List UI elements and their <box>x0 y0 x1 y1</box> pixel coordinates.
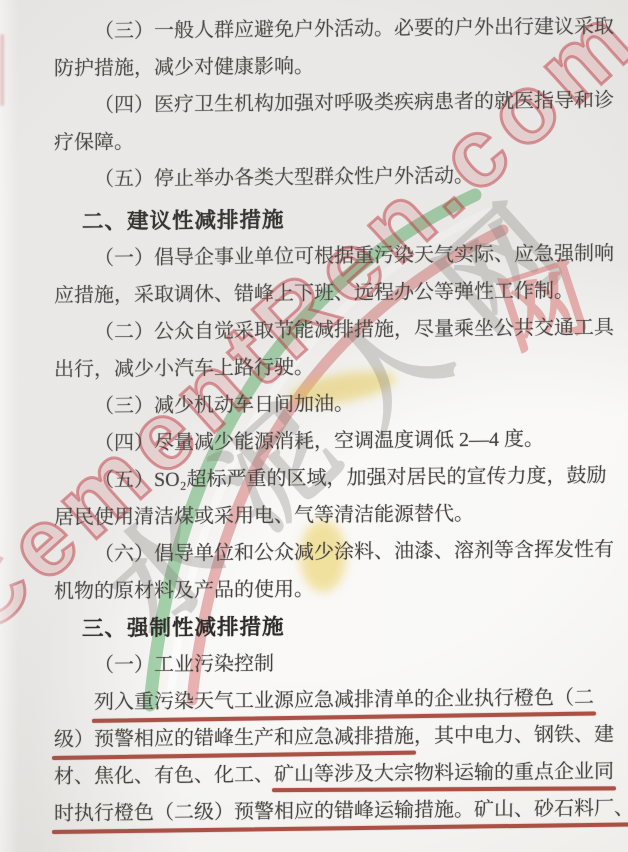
red-underlined-text: 时执行橙色（二级）预警相应的错峰运输措施。矿山、砂石料厂、 <box>54 797 628 825</box>
line-text: 应措施，采取调休、错峰上下班、远程办公等弹性工作制。 <box>54 280 574 307</box>
scan-edge-artifact <box>0 34 4 106</box>
line-text: （六）倡导单位和公众减少涂料、油漆、溶剂等含挥发性有 <box>94 539 614 566</box>
red-underlined-text: 级）预警相应的错峰生产和应急减排措施 <box>54 726 414 751</box>
text-line: 材、焦化、有色、化工、矿山等涉及大宗物料运输的重点企业同 <box>54 753 628 796</box>
line-text: （四）尽量减少能源消耗，空调温度调低 2—4 度。 <box>94 428 544 454</box>
text-line: （二）公众自觉采取节能减排措施，尽量乘坐公共交通工具 <box>54 309 628 352</box>
line-text: （四）医疗卫生机构加强对呼吸类疾病患者的就医指导和诊 <box>94 90 614 117</box>
line-text: 居民使用清洁煤或采用电、气等清洁能源替代。 <box>54 503 474 529</box>
scanned-document-page: 水泥人网 CementRen.com 网 （三）一般人群应避免户外活动。必要的户… <box>0 0 628 852</box>
line-text: 材、焦化、有色、化工、 <box>54 764 274 788</box>
text-line: （三）减少机动车日间加油。 <box>54 383 628 426</box>
text-line: 出行，减少小汽车上路行驶。 <box>54 346 628 389</box>
line-text: 出行，减少小汽车上路行驶。 <box>54 357 314 381</box>
line-text: （五）停止举办各类大型群众性户外活动。 <box>94 165 474 191</box>
text-line: 防护措施，减少对健康影响。 <box>54 45 628 88</box>
text-line: （四）尽量减少能源消耗，空调温度调低 2—4 度。 <box>54 420 628 463</box>
text-line: 机物的原材料及产品的使用。 <box>54 568 628 611</box>
line-text: ，其中电力、钢铁、建 <box>414 724 614 748</box>
text-line: 应措施，采取调休、错峰上下班、远程办公等弹性工作制。 <box>54 272 628 315</box>
line-text: （三）减少机动车日间加油。 <box>94 393 354 417</box>
line-text: 二、建议性减排措施 <box>82 208 285 234</box>
line-text: 防护措施，减少对健康影响。 <box>54 56 314 80</box>
line-text: （五）SO₂超标严重的区域，加强对居民的宣传力度，鼓励 <box>94 465 607 492</box>
text-line: （五）SO₂超标严重的区域，加强对居民的宣传力度，鼓励 <box>54 457 628 500</box>
line-text: （二）公众自觉采取节能减排措施，尽量乘坐公共交通工具 <box>94 317 614 344</box>
line-text: （一）倡导企事业单位可根据重污染天气实际、应急强制响 <box>94 243 614 270</box>
line-text: （一）工业污染控制 <box>94 653 274 677</box>
text-line: 列入重污染天气工业源应急减排清单的企业执行橙色（二 <box>54 679 628 722</box>
red-underlined-text: 矿山等涉及大宗物料运输的重点企业同 <box>274 761 614 786</box>
line-text: （三）一般人群应避免户外活动。必要的户外出行建议采取 <box>94 16 614 43</box>
text-line: （一）工业污染控制 <box>54 642 628 685</box>
text-line: （四）医疗卫生机构加强对呼吸类疾病患者的就医指导和诊 <box>54 82 628 125</box>
text-line: 二、建议性减排措施 <box>82 198 628 240</box>
text-line: （一）倡导企事业单位可根据重污染天气实际、应急强制响 <box>54 235 628 278</box>
text-line: 级）预警相应的错峰生产和应急减排措施，其中电力、钢铁、建 <box>54 716 628 759</box>
text-line: 疗保障。 <box>54 119 628 162</box>
line-text: 疗保障。 <box>54 131 134 154</box>
red-underlined-text: 列入重污染天气工业源应急减排清单的企业执行橙色（二 <box>94 687 594 714</box>
line-text: 机物的原材料及产品的使用。 <box>54 579 314 603</box>
text-line: （六）倡导单位和公众减少涂料、油漆、溶剂等含挥发性有 <box>54 531 628 574</box>
line-text: 三、强制性减排措施 <box>82 615 285 641</box>
text-line: （五）停止举办各类大型群众性户外活动。 <box>54 156 628 199</box>
text-line: 居民使用清洁煤或采用电、气等清洁能源替代。 <box>54 494 628 537</box>
text-line: 三、强制性减排措施 <box>82 605 628 647</box>
text-line: （三）一般人群应避免户外活动。必要的户外出行建议采取 <box>54 8 628 51</box>
document-lines: （三）一般人群应避免户外活动。必要的户外出行建议采取防护措施，减少对健康影响。（… <box>54 8 628 833</box>
text-line: 时执行橙色（二级）预警相应的错峰运输措施。矿山、砂石料厂、 <box>54 790 628 833</box>
